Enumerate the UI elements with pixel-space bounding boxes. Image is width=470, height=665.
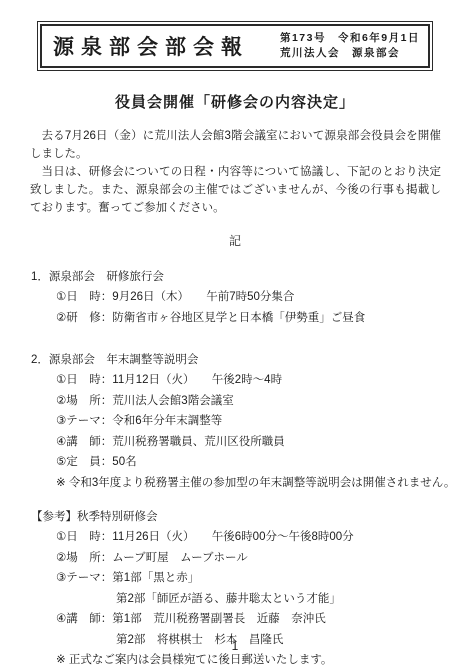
section-line: ③テーマ：令和6年分年末調整等 [56,411,446,432]
intro-paragraph-2: 当日は、研修会についての日程・内容等について協議し、下記のとおり決定致しました。… [30,163,441,217]
organization-name: 荒川法人会 源泉部会 [280,47,400,59]
section-study-trip: 1．源泉部会 研修旅行会 ①日 時：9月26日（木） 午前7時50分集合 ②研 … [31,267,446,328]
newsletter-page: 源泉部会部会報 第173号 令和6年9月1日 荒川法人会 源泉部会 役員会開催「… [0,0,470,665]
section-heading: 1．源泉部会 研修旅行会 [31,267,446,287]
section-yearend-briefing: 2．源泉部会 年末調整等説明会 ①日 時：11月12日（火） 午後2時～4時 ②… [31,350,446,493]
sections-list: 1．源泉部会 研修旅行会 ①日 時：9月26日（木） 午前7時50分集合 ②研 … [31,267,446,665]
masthead-meta: 第173号 令和6年9月1日 荒川法人会 源泉部会 [280,31,420,61]
intro-text: 去る7月26日（金）に荒川法人会館3階会議室において源泉部会役員会を開催しました… [30,127,441,217]
section-line: ②研 修：防衛省市ヶ谷地区見学と日本橋「伊勢重」ご昼食 [56,308,446,329]
section-line: ①日 時：11月12日（火） 午後2時～4時 [56,370,446,391]
section-heading: 【参考】秋季特別研修会 [31,507,446,527]
page-number: 1 [0,639,470,653]
section-note: ※ 令和3年度より税務署主催の参加型の年末調整等説明会は開催されません。 [56,473,446,494]
masthead-box: 源泉部会部会報 第173号 令和6年9月1日 荒川法人会 源泉部会 [37,21,433,71]
record-marker: 記 [0,232,470,249]
section-line: ②場 所：ムーブ町屋 ムーブホール [56,548,446,569]
masthead-inner: 源泉部会部会報 第173号 令和6年9月1日 荒川法人会 源泉部会 [40,24,430,68]
article-headline: 役員会開催「研修会の内容決定」 [0,91,470,112]
intro-paragraph-1: 去る7月26日（金）に荒川法人会館3階会議室において源泉部会役員会を開催しました… [30,127,441,163]
section-line: ⑤定 員：50名 [56,452,446,473]
issue-number-date: 第173号 令和6年9月1日 [280,32,420,44]
section-heading: 2．源泉部会 年末調整等説明会 [31,350,446,370]
section-line: ④講 師：荒川税務署職員、荒川区役所職員 [56,432,446,453]
section-line: ①日 時：9月26日（木） 午前7時50分集合 [56,287,446,308]
section-line: ①日 時：11月26日（火） 午後6時00分～午後8時00分 [56,527,446,548]
section-line: ④講 師：第1部 荒川税務署副署長 近藤 奈沖氏 [56,609,446,630]
section-line-continuation: 第2部「師匠が語る、藤井聡太という才能」 [116,589,446,610]
section-line: ②場 所：荒川法人会館3階会議室 [56,391,446,412]
section-line: ③テーマ：第1部「黒と赤」 [56,568,446,589]
newsletter-title: 源泉部会部会報 [53,31,249,61]
